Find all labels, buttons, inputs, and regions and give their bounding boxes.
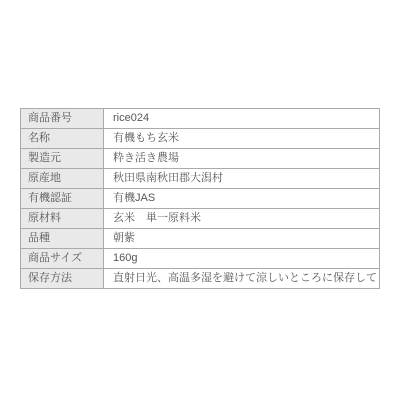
table-row: 有機認証 有機JAS — [21, 189, 380, 209]
spec-label-organic-cert: 有機認証 — [21, 189, 104, 209]
table-row: 原材料 玄米 単一原料米 — [21, 209, 380, 229]
table-row: 製造元 粋き活き農場 — [21, 149, 380, 169]
spec-value-product-size: 160g — [104, 249, 380, 269]
spec-value-ingredients: 玄米 単一原料米 — [104, 209, 380, 229]
spec-value-manufacturer: 粋き活き農場 — [104, 149, 380, 169]
spec-label-ingredients: 原材料 — [21, 209, 104, 229]
table-row: 品種 朝紫 — [21, 229, 380, 249]
spec-label-name: 名称 — [21, 129, 104, 149]
spec-label-variety: 品種 — [21, 229, 104, 249]
table-row: 名称 有機もち玄米 — [21, 129, 380, 149]
spec-value-origin: 秋田県南秋田郡大潟村 — [104, 169, 380, 189]
spec-label-product-number: 商品番号 — [21, 109, 104, 129]
spec-value-organic-cert: 有機JAS — [104, 189, 380, 209]
spec-label-origin: 原産地 — [21, 169, 104, 189]
spec-value-product-number: rice024 — [104, 109, 380, 129]
product-detail-page: 商品番号 rice024 名称 有機もち玄米 製造元 粋き活き農場 原産地 秋田… — [0, 0, 400, 400]
spec-label-manufacturer: 製造元 — [21, 149, 104, 169]
spec-label-product-size: 商品サイズ — [21, 249, 104, 269]
product-spec-table: 商品番号 rice024 名称 有機もち玄米 製造元 粋き活き農場 原産地 秋田… — [20, 108, 380, 289]
spec-label-storage: 保存方法 — [21, 269, 104, 289]
table-row: 商品番号 rice024 — [21, 109, 380, 129]
table-row: 原産地 秋田県南秋田郡大潟村 — [21, 169, 380, 189]
table-row: 商品サイズ 160g — [21, 249, 380, 269]
spec-value-storage: 直射日光、高温多湿を避けて涼しいところに保存してください。 — [104, 269, 380, 289]
table-row: 保存方法 直射日光、高温多湿を避けて涼しいところに保存してください。 — [21, 269, 380, 289]
spec-table-body: 商品番号 rice024 名称 有機もち玄米 製造元 粋き活き農場 原産地 秋田… — [21, 109, 380, 289]
spec-value-name: 有機もち玄米 — [104, 129, 380, 149]
spec-value-variety: 朝紫 — [104, 229, 380, 249]
